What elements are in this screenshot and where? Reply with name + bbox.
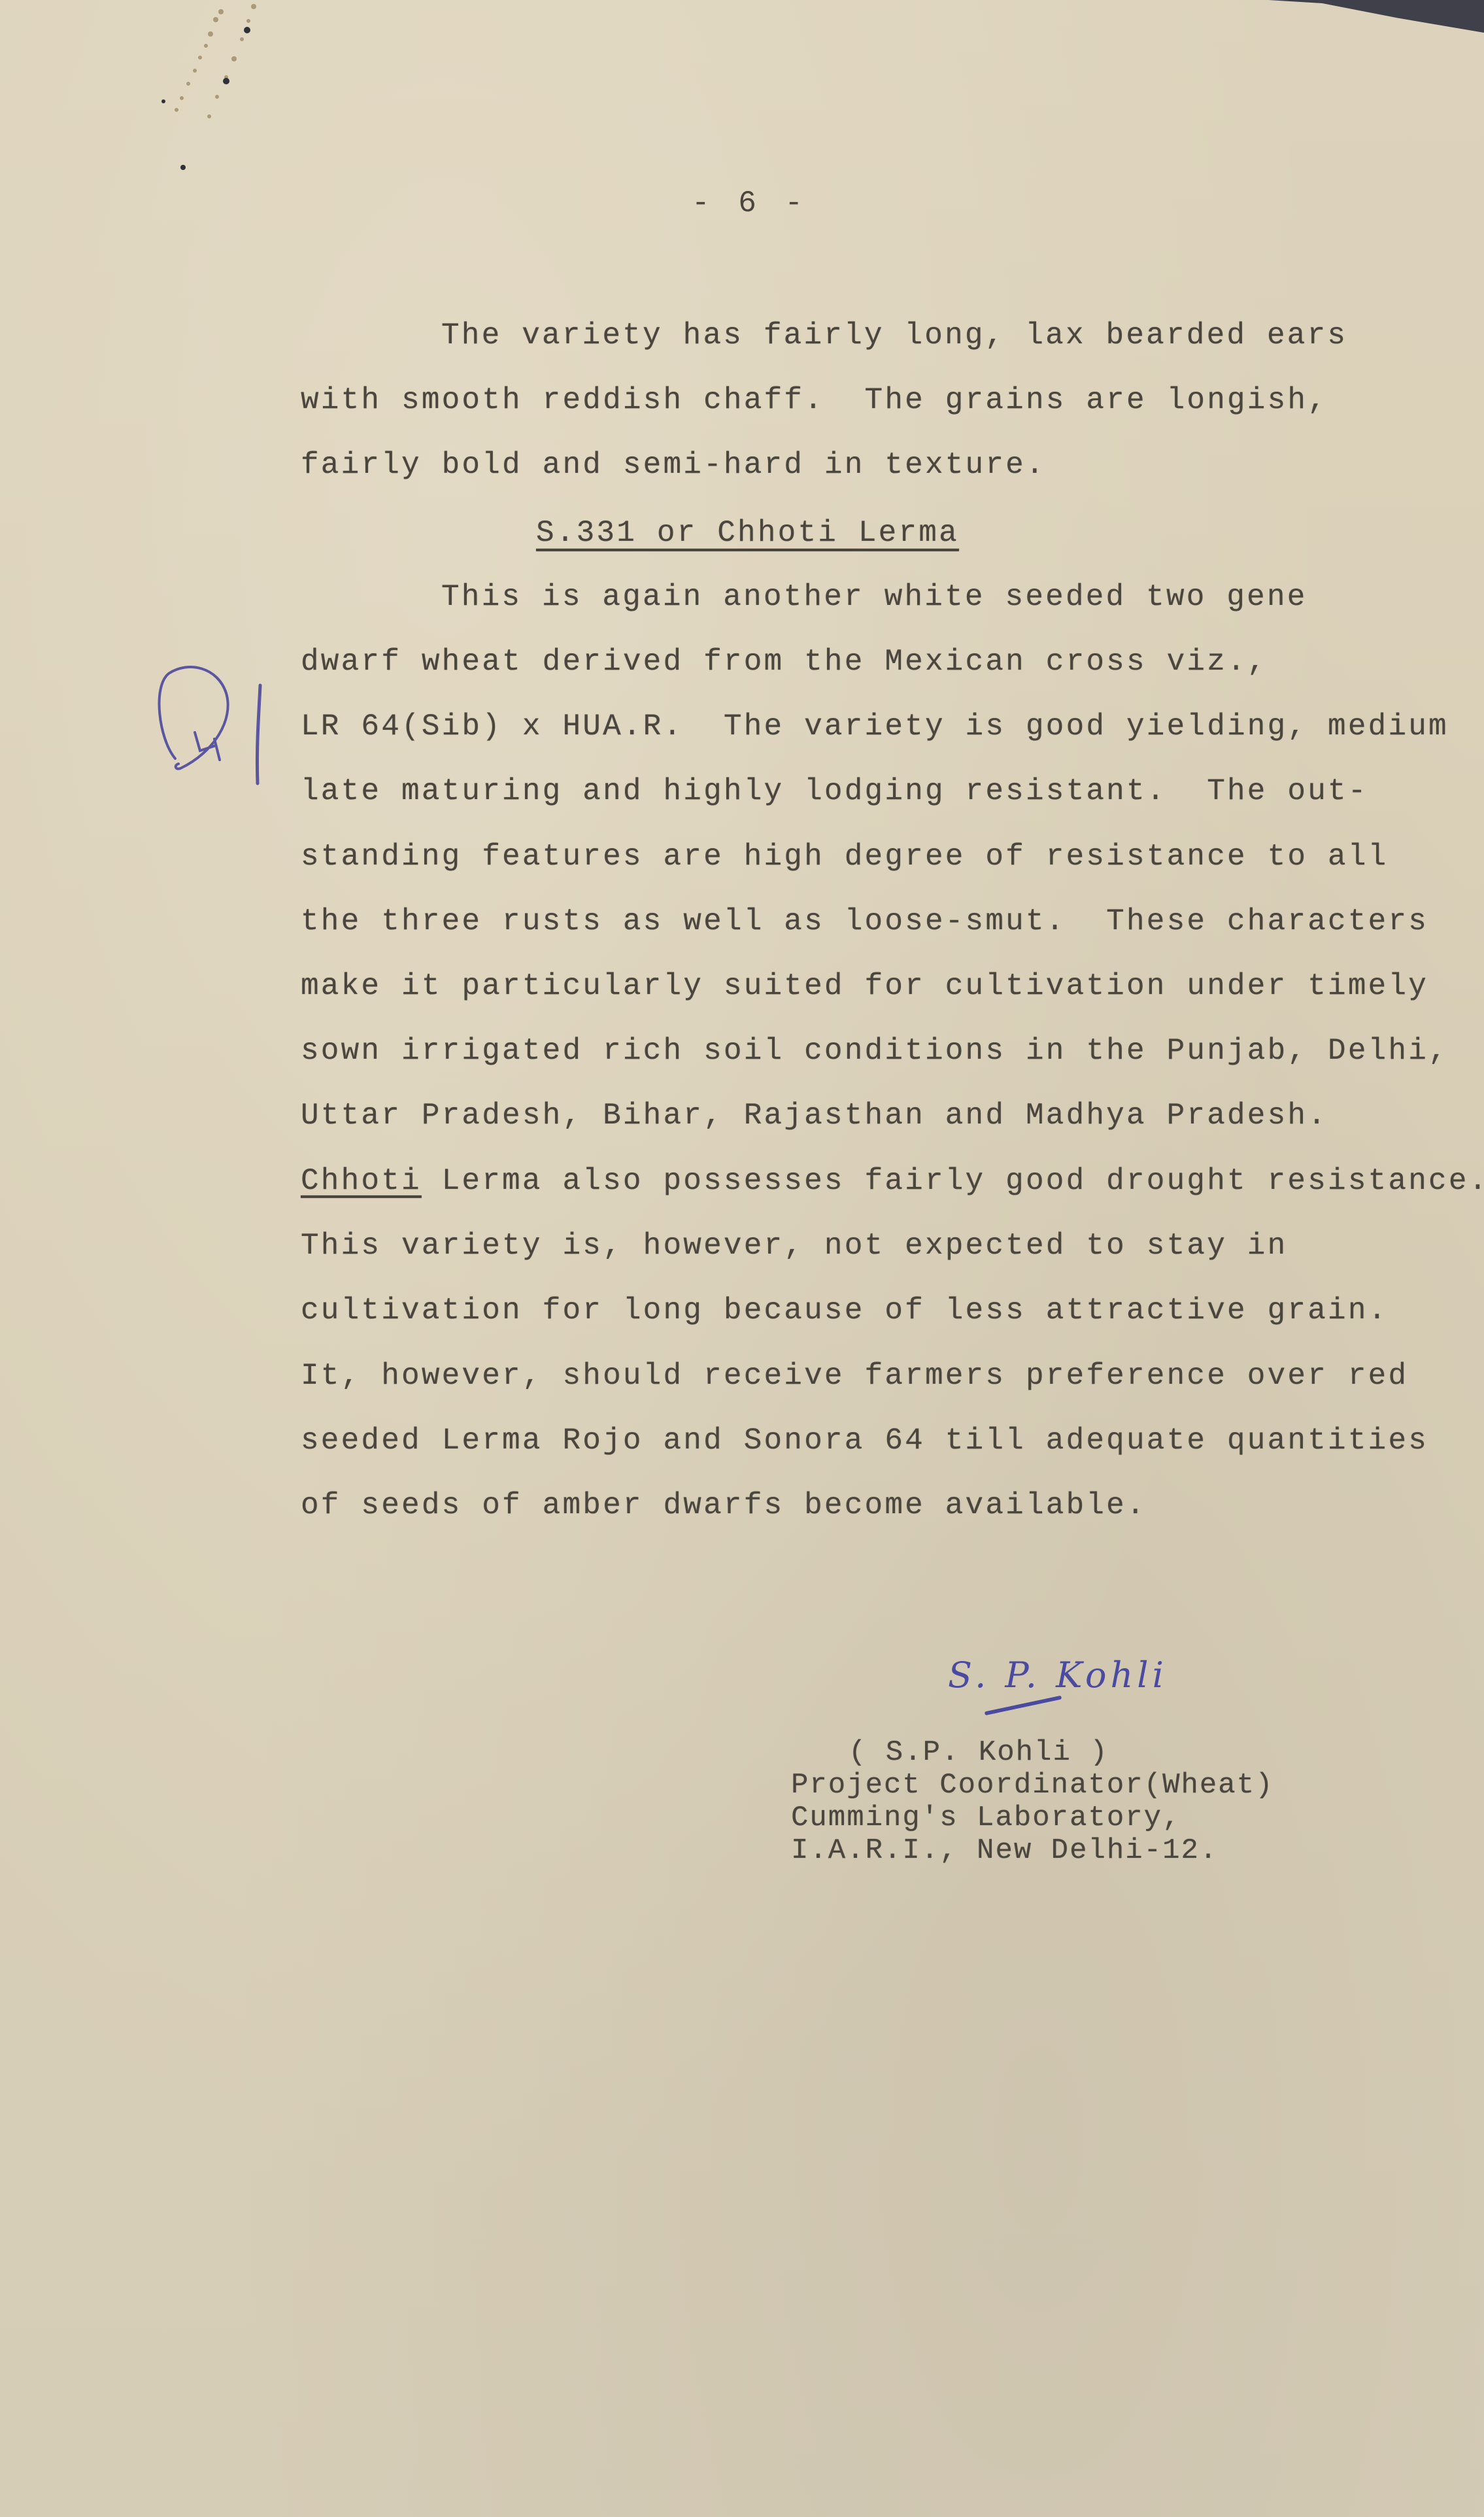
paragraph-2-line: It, however, should receive farmers pref… xyxy=(301,1356,1408,1395)
paragraph-2-line: This is again another white seeded two g… xyxy=(441,577,1307,617)
signatory-institution: I.A.R.I., New Delhi-12. xyxy=(791,1834,1274,1867)
paragraph-2-line: make it particularly suited for cultivat… xyxy=(301,967,1428,1006)
paragraph-2-line: sown irrigated rich soil conditions in t… xyxy=(301,1031,1449,1070)
paragraph-2-line: Uttar Pradesh, Bihar, Rajasthan and Madh… xyxy=(301,1096,1328,1135)
margin-annotation-icon xyxy=(149,660,280,791)
paragraph-2-line: standing features are high degree of res… xyxy=(301,837,1388,876)
section-heading: S.331 or Chhoti Lerma xyxy=(536,513,959,553)
paragraph-2-line: of seeds of amber dwarfs become availabl… xyxy=(301,1486,1147,1525)
paragraph-2-line: cultivation for long because of less att… xyxy=(301,1291,1388,1330)
paragraph-2-line: LR 64(Sib) x HUA.R. The variety is good … xyxy=(301,707,1449,746)
page-number: - 6 - xyxy=(692,186,808,220)
paragraph-2-line: This variety is, however, not expected t… xyxy=(301,1226,1287,1265)
signature-block: ( S.P. Kohli ) Project Coordinator(Wheat… xyxy=(791,1736,1274,1867)
underlined-variety-name: Chhoti xyxy=(301,1164,422,1198)
handwritten-signature: S. P. Kohli xyxy=(948,1654,1168,1696)
paragraph-2-line: the three rusts as well as loose-smut. T… xyxy=(301,902,1428,941)
signatory-title: Project Coordinator(Wheat) xyxy=(791,1769,1274,1802)
paragraph-1-line: with smooth reddish chaff. The grains ar… xyxy=(301,381,1328,420)
paragraph-2-line: dwarf wheat derived from the Mexican cro… xyxy=(301,642,1268,681)
paragraph-2-line: Chhoti Lerma also possesses fairly good … xyxy=(301,1161,1484,1201)
paragraph-2-line: late maturing and highly lodging resista… xyxy=(301,772,1368,811)
signatory-name: ( S.P. Kohli ) xyxy=(791,1736,1274,1769)
signatory-department: Cumming's Laboratory, xyxy=(791,1802,1274,1834)
line-text: Lerma also possesses fairly good drought… xyxy=(422,1164,1484,1198)
paragraph-2-line: seeded Lerma Rojo and Sonora 64 till ade… xyxy=(301,1421,1428,1460)
paragraph-1-line: The variety has fairly long, lax bearded… xyxy=(441,316,1347,355)
paragraph-1-line: fairly bold and semi-hard in texture. xyxy=(301,445,1046,485)
staple-marks-icon xyxy=(111,0,307,183)
